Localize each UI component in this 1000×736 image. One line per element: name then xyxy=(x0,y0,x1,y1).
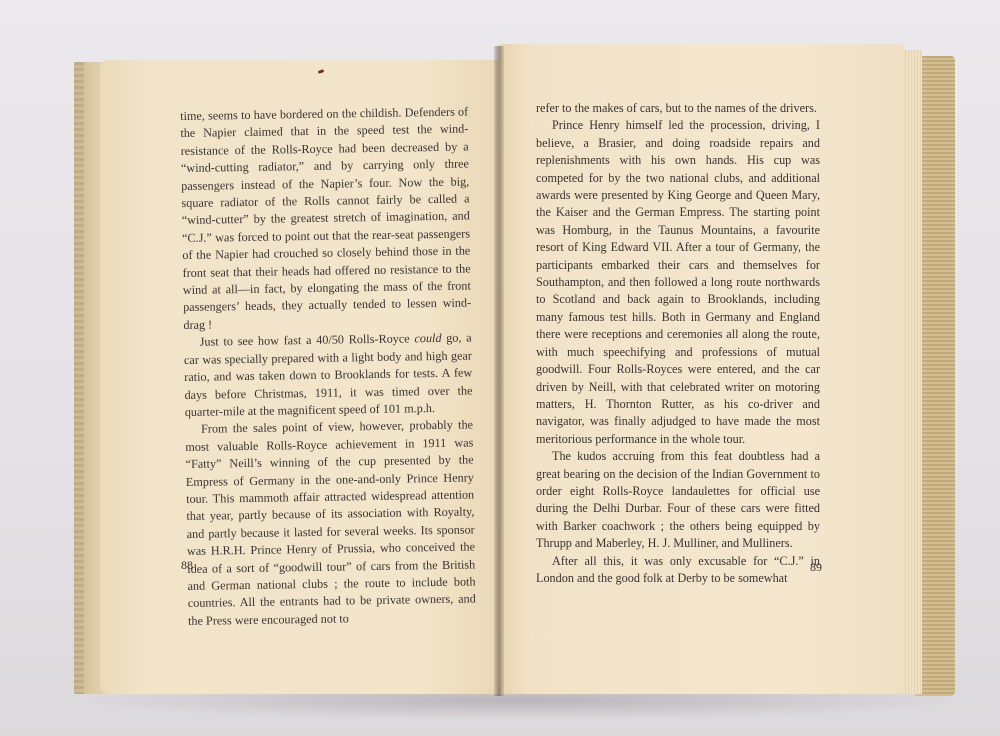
paragraph: Just to see how fast a 40/50 Rolls-Royce… xyxy=(184,330,473,422)
paragraph: Prince Henry himself led the procession,… xyxy=(536,117,820,448)
left-page-text: time, seems to have bordered on the chil… xyxy=(180,103,476,630)
paragraph-text: Just to see how fast a 40/50 Rolls-Royce xyxy=(200,332,415,349)
right-page-text: refer to the makes of cars, but to the n… xyxy=(536,100,820,587)
paragraph: From the sales point of view, however, p… xyxy=(185,417,476,630)
book-gutter xyxy=(494,46,504,696)
paragraph: time, seems to have bordered on the chil… xyxy=(180,103,472,334)
page-number-left: 88 xyxy=(181,558,193,573)
paragraph: After all this, it was only excusable fo… xyxy=(536,553,820,588)
emphasis-text: could xyxy=(414,331,441,345)
paragraph: refer to the makes of cars, but to the n… xyxy=(536,100,820,117)
paragraph: The kudos accruing from this feat doubtl… xyxy=(536,448,820,552)
page-number-right: 89 xyxy=(810,560,822,575)
